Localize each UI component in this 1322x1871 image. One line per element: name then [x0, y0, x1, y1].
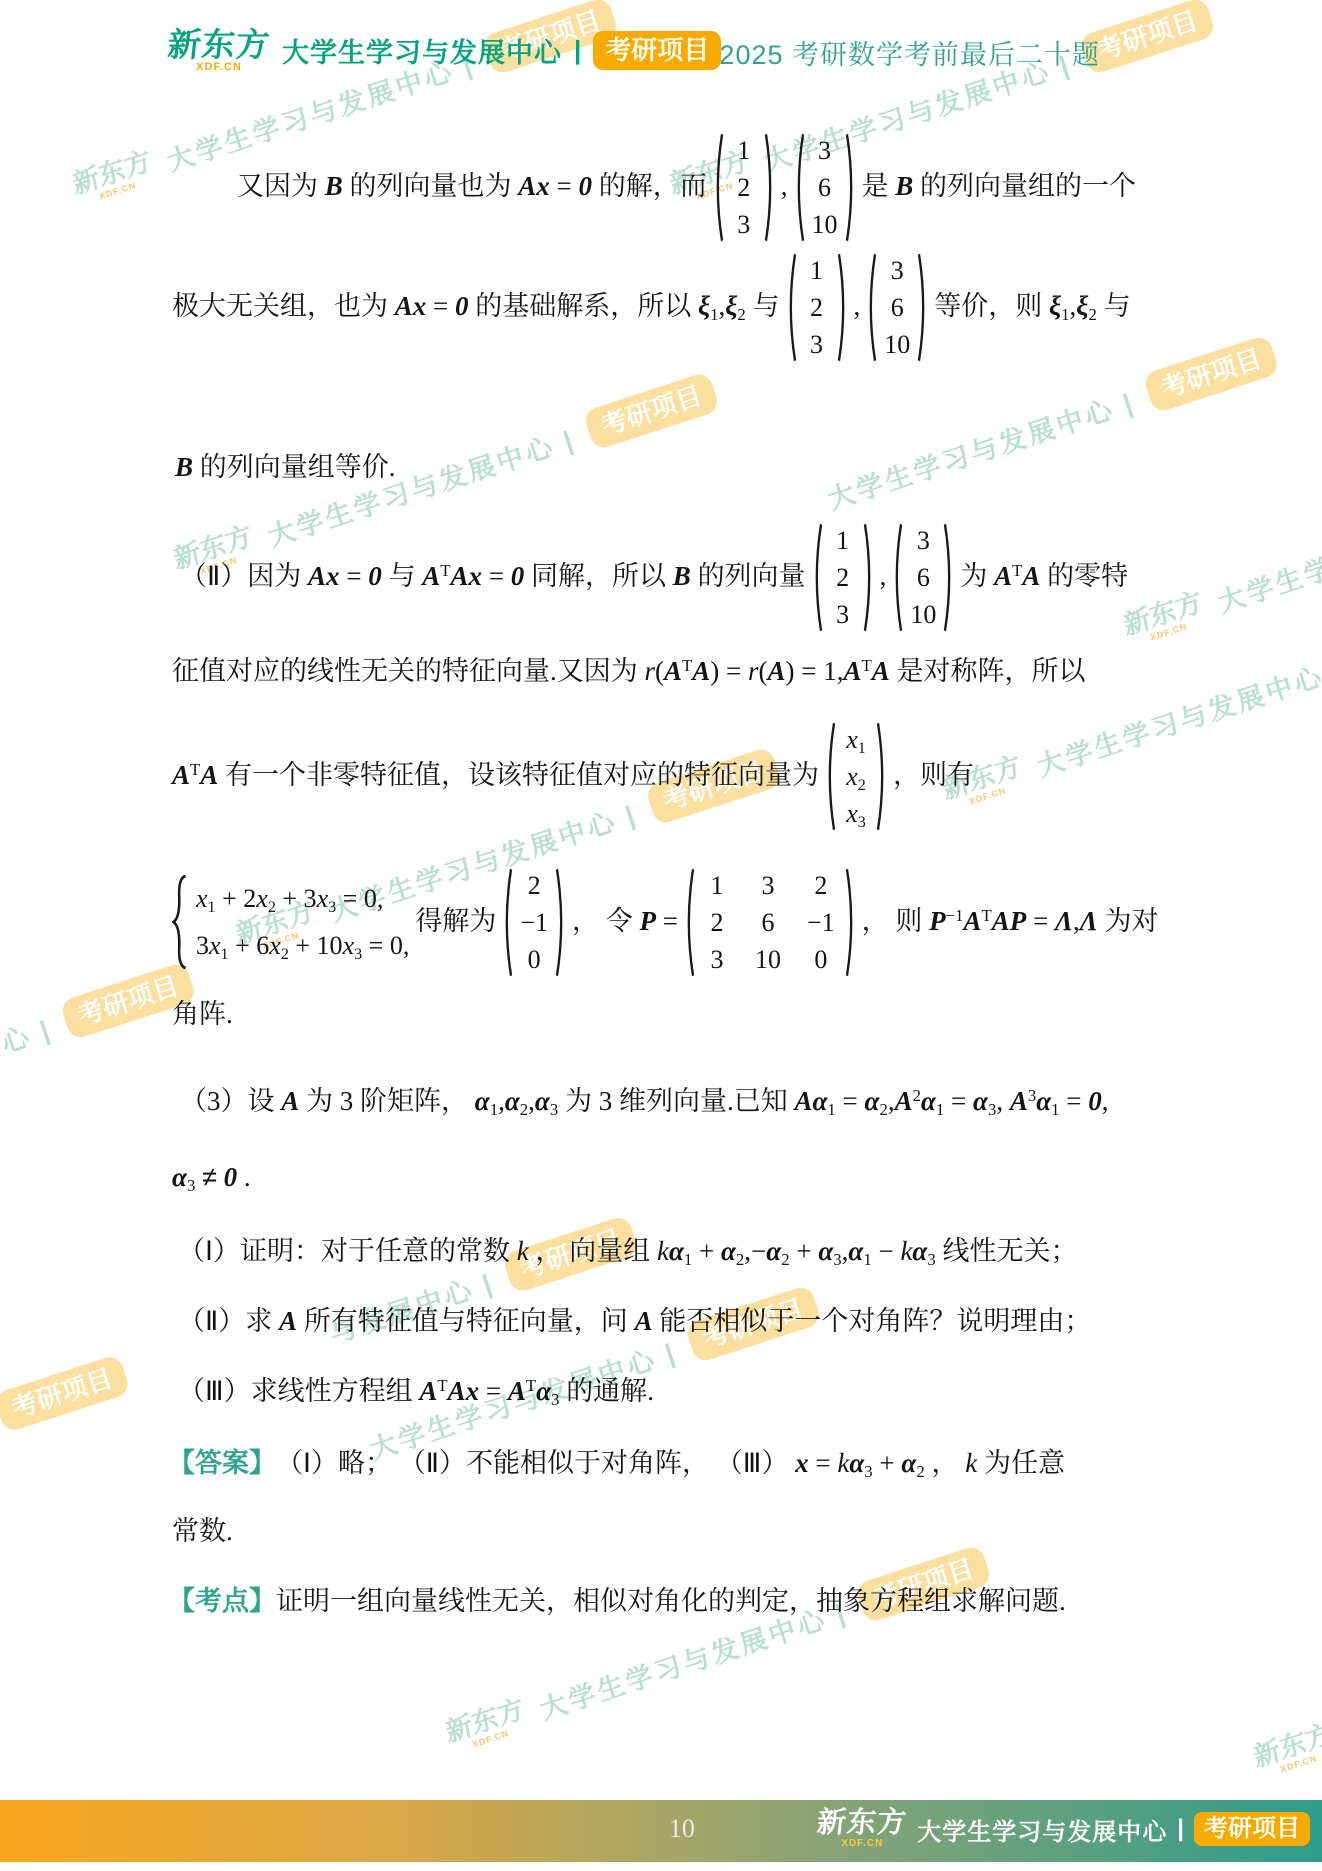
matrix-paren	[864, 252, 877, 363]
matrix-paren	[792, 132, 805, 243]
text-run: （3）设 A 为 3 阶矩阵， α1,α2,α3 为 3 维列向量.已知 Aα1…	[180, 1082, 1109, 1121]
text-run: （Ⅱ）因为 Ax = 0 与 ATAx = 0 同解，所以 B 的列向量	[180, 557, 806, 596]
matrix-paren	[711, 132, 724, 243]
xdf-domain-text: XDF.CN	[196, 62, 242, 73]
footer-gradient-bar: 10 新东方 XDF.CN 大学生学习与发展中心 | 考研项目	[0, 1800, 1322, 1862]
column-matrix: x1x2x3	[823, 721, 889, 832]
matrix-paren	[837, 252, 850, 363]
text-run: ,	[880, 557, 887, 596]
text-line-06: ATA 有一个非零特征值，设该特征值对应的特征向量为x1x2x3，则有	[172, 712, 974, 840]
matrix-paren	[784, 252, 797, 363]
matrix-paren	[943, 522, 956, 633]
xdf-logo-text: 新东方	[166, 28, 271, 61]
footer-xdf-logo-text: 新东方	[816, 1809, 909, 1838]
footer-xdf-logo: 新东方 XDF.CN	[817, 1809, 907, 1849]
text-run: 得解为	[415, 902, 496, 941]
text-run: 角阵.	[172, 995, 233, 1034]
footer-separator: |	[1177, 1815, 1184, 1843]
text-run: （Ⅰ）证明：对于任意的常数 k ， 向量组 kα1 + α2,−α2 + α3,…	[178, 1232, 1077, 1271]
text-run: 等价，则 ξ1,ξ2 与	[934, 287, 1130, 326]
column-matrix: 2−10	[500, 867, 568, 978]
text-run: （Ⅲ）求线性方程组 ATAx = ATα3 的通解.	[178, 1372, 654, 1411]
header-brand-row: 新东方 XDF.CN 大学生学习与发展中心 | 考研项目	[168, 28, 721, 73]
text-run: ， 令 P =	[572, 902, 678, 941]
matrix-3x3: 13226−13100	[682, 867, 858, 978]
text-run: 证明一组向量线性无关，相似对角化的判定，抽象方程组求解问题.	[276, 1582, 1066, 1621]
document-page: 新东方 XDF.CN 大学生学习与发展中心 | 考研项目 2025 考研数学考前…	[0, 0, 1322, 1871]
matrix-paren	[764, 132, 777, 243]
system-brace	[172, 875, 188, 969]
matrix-paren	[823, 721, 836, 832]
kaoyan-project-badge: 考研项目	[593, 31, 721, 70]
matrix-paren	[845, 867, 858, 978]
text-line-10: α3 ≠ 0 .	[172, 1158, 251, 1198]
equation-system: x1 + 2x2 + 3x3 = 0,3x1 + 6x2 + 10x3 = 0,	[172, 875, 409, 969]
footer-kaoyan-badge: 考研项目	[1194, 1812, 1310, 1847]
footer-xdf-domain-text: XDF.CN	[841, 1839, 883, 1849]
matrix-paren	[555, 867, 568, 978]
matrix-paren	[845, 132, 858, 243]
text-line-01: 又因为 B 的列向量也为 Ax = 0 的解，而123,3610是 B 的列向量…	[237, 128, 1136, 246]
text-line-03: B 的列向量组等价.	[175, 448, 396, 488]
matrix-paren	[863, 522, 876, 633]
page-number: 10	[669, 1814, 695, 1844]
matrix-paren	[876, 721, 889, 832]
text-line-08: 角阵.	[172, 995, 233, 1035]
text-line-11: （Ⅰ）证明：对于任意的常数 k ， 向量组 kα1 + α2,−α2 + α3,…	[178, 1232, 1077, 1272]
text-line-13: （Ⅲ）求线性方程组 ATAx = ATα3 的通解.	[178, 1372, 654, 1412]
solution-content: 又因为 B 的列向量也为 Ax = 0 的解，而123,3610是 B 的列向量…	[0, 0, 1322, 1871]
text-run: 为 ATA 的零特	[960, 557, 1128, 596]
header-separator: |	[574, 35, 581, 66]
column-matrix: 3610	[864, 252, 930, 363]
xdf-logo: 新东方 XDF.CN	[168, 28, 270, 73]
text-line-14: 【答案】（Ⅰ）略； （Ⅱ）不能相似于对角阵， （Ⅲ） x = kα3 + α2 …	[168, 1442, 1065, 1486]
section-label: 【考点】	[168, 1582, 276, 1621]
text-run: （Ⅰ）略； （Ⅱ）不能相似于对角阵， （Ⅲ） x = kα3 + α2 ， k …	[276, 1444, 1065, 1483]
text-run: B 的列向量组等价.	[175, 448, 396, 487]
header-center-title: 大学生学习与发展中心	[282, 31, 562, 70]
matrix-paren	[500, 867, 513, 978]
column-matrix: 123	[711, 132, 777, 243]
matrix-paren	[682, 867, 695, 978]
text-run: （Ⅱ）求 A 所有特征值与特征向量，问 A 能否相似于一个对角阵？说明理由；	[178, 1302, 1091, 1341]
text-run: ,	[781, 167, 788, 206]
text-line-05: 征值对应的线性无关的特征向量.又因为 r(ATA) = r(A) = 1,ATA…	[172, 652, 1086, 692]
text-run: ,	[854, 287, 861, 326]
footer-brand-row: 新东方 XDF.CN 大学生学习与发展中心 | 考研项目	[817, 1809, 1310, 1849]
text-run: ，则有	[893, 756, 974, 795]
text-run: 又因为 B 的列向量也为 Ax = 0 的解，而	[237, 167, 707, 206]
text-line-07: x1 + 2x2 + 3x3 = 0,3x1 + 6x2 + 10x3 = 0,…	[172, 853, 1159, 991]
column-matrix: 3610	[890, 522, 956, 633]
footer-center-title: 大学生学习与发展中心	[917, 1812, 1167, 1847]
text-run: ， 则 P−1ATAP = Λ,Λ 为对	[862, 902, 1159, 941]
document-title: 2025 考研数学考前最后二十题	[719, 33, 1100, 72]
text-line-15: 常数.	[172, 1512, 233, 1552]
text-line-09: （3）设 A 为 3 阶矩阵， α1,α2,α3 为 3 维列向量.已知 Aα1…	[180, 1082, 1109, 1122]
text-run: 征值对应的线性无关的特征向量.又因为 r(ATA) = r(A) = 1,ATA…	[172, 652, 1086, 691]
text-run: 常数.	[172, 1512, 233, 1551]
text-run: 是 B 的列向量组的一个	[862, 167, 1137, 206]
matrix-paren	[917, 252, 930, 363]
matrix-paren	[890, 522, 903, 633]
column-matrix: 123	[784, 252, 850, 363]
section-label: 【答案】	[168, 1444, 276, 1483]
text-run: α3 ≠ 0 .	[172, 1158, 251, 1197]
column-matrix: 3610	[792, 132, 858, 243]
matrix-paren	[810, 522, 823, 633]
text-run: ATA 有一个非零特征值，设该特征值对应的特征向量为	[172, 756, 819, 795]
text-line-12: （Ⅱ）求 A 所有特征值与特征向量，问 A 能否相似于一个对角阵？说明理由；	[178, 1302, 1091, 1342]
page-header: 新东方 XDF.CN 大学生学习与发展中心 | 考研项目 2025 考研数学考前…	[0, 0, 1322, 90]
text-line-02: 极大无关组，也为 Ax = 0 的基础解系，所以 ξ1,ξ2 与123,3610…	[172, 248, 1131, 366]
text-line-04: （Ⅱ）因为 Ax = 0 与 ATAx = 0 同解，所以 B 的列向量123,…	[180, 518, 1128, 636]
column-matrix: 123	[810, 522, 876, 633]
text-line-16: 【考点】证明一组向量线性无关，相似对角化的判定，抽象方程组求解问题.	[168, 1582, 1066, 1622]
text-run: 极大无关组，也为 Ax = 0 的基础解系，所以 ξ1,ξ2 与	[172, 287, 780, 326]
